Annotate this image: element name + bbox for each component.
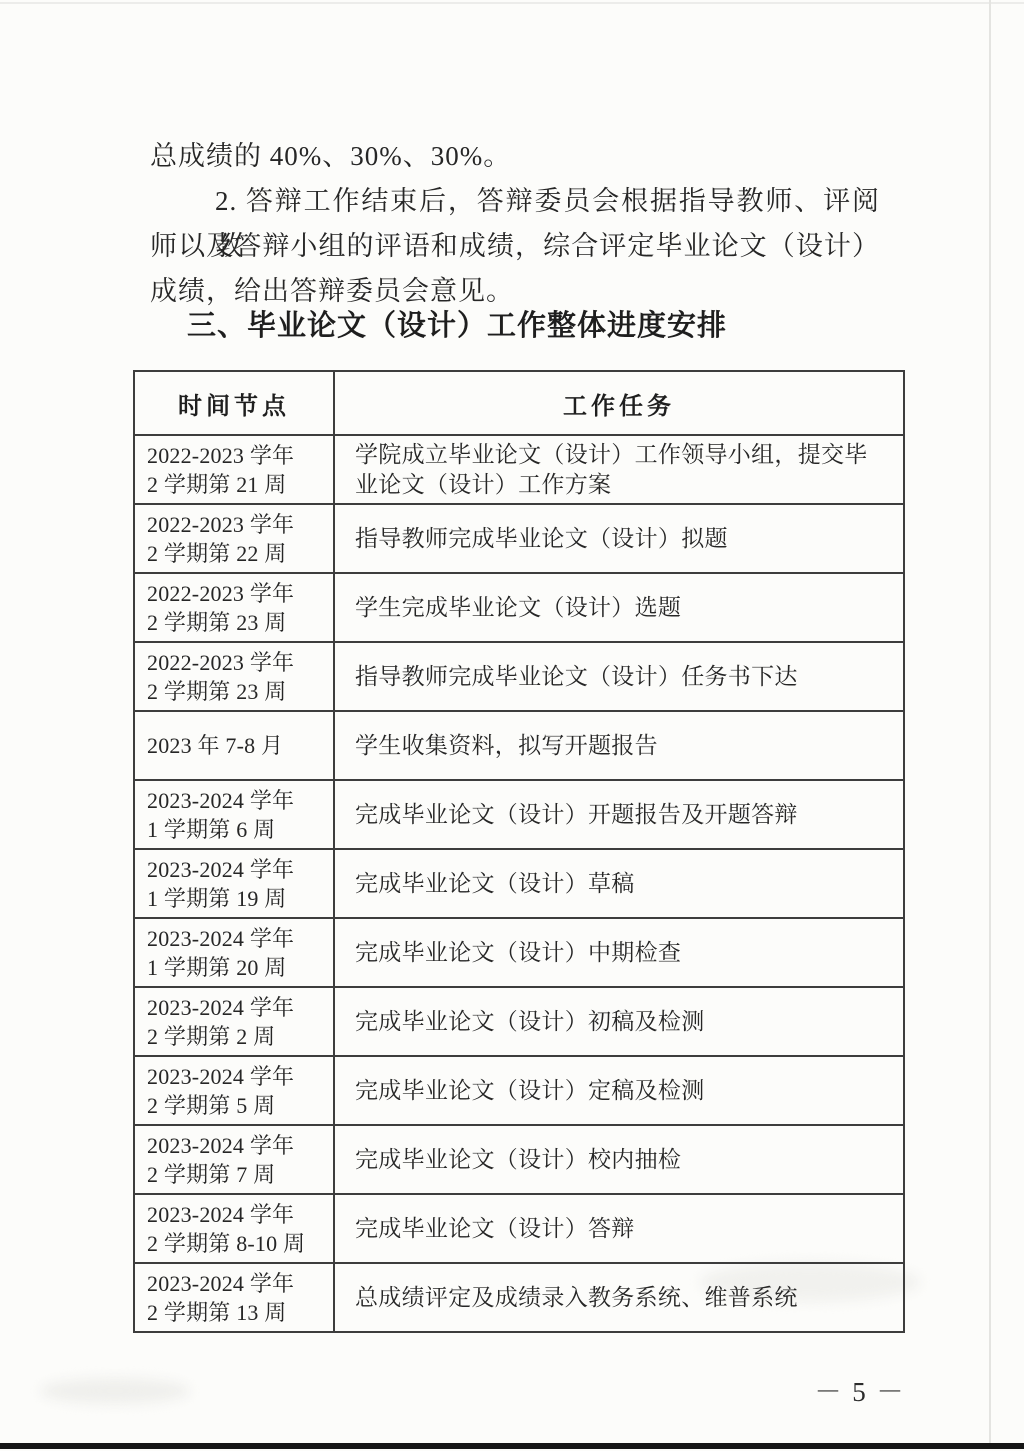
time-line-1: 2023-2024 学年 xyxy=(147,855,327,884)
table-row: 2023-2024 学年 1 学期第 20 周 完成毕业论文（设计）中期检查 xyxy=(134,918,904,987)
task-cell: 完成毕业论文（设计）答辩 xyxy=(334,1194,904,1263)
time-cell: 2023 年 7-8 月 xyxy=(134,711,334,780)
time-line-1: 2023-2024 学年 xyxy=(147,1269,327,1298)
time-line-1: 2022-2023 学年 xyxy=(147,510,327,539)
time-line-2: 2 学期第 23 周 xyxy=(147,677,327,706)
time-line-1: 2023-2024 学年 xyxy=(147,1131,327,1160)
time-cell: 2023-2024 学年 1 学期第 19 周 xyxy=(134,849,334,918)
time-cell: 2023-2024 学年 2 学期第 8-10 周 xyxy=(134,1194,334,1263)
header-task-column: 工作任务 xyxy=(334,371,904,435)
task-cell: 完成毕业论文（设计）草稿 xyxy=(334,849,904,918)
time-line-1: 2022-2023 学年 xyxy=(147,441,327,470)
scan-edge-bottom xyxy=(0,1443,1024,1449)
scan-smudge xyxy=(40,1378,190,1404)
task-cell: 总成绩评定及成绩录入教务系统、维普系统 xyxy=(334,1263,904,1332)
task-cell: 完成毕业论文（设计）中期检查 xyxy=(334,918,904,987)
task-cell: 学生收集资料，拟写开题报告 xyxy=(334,711,904,780)
page-number: － 5 － xyxy=(795,1370,925,1409)
table-row: 2023-2024 学年 2 学期第 8-10 周 完成毕业论文（设计）答辩 xyxy=(134,1194,904,1263)
time-line-2: 1 学期第 6 周 xyxy=(147,815,327,844)
time-cell: 2022-2023 学年 2 学期第 23 周 xyxy=(134,573,334,642)
task-cell: 指导教师完成毕业论文（设计）任务书下达 xyxy=(334,642,904,711)
time-cell: 2023-2024 学年 2 学期第 2 周 xyxy=(134,987,334,1056)
task-cell: 完成毕业论文（设计）开题报告及开题答辩 xyxy=(334,780,904,849)
time-cell: 2023-2024 学年 1 学期第 20 周 xyxy=(134,918,334,987)
header-time-column: 时间节点 xyxy=(134,371,334,435)
time-line-2: 1 学期第 20 周 xyxy=(147,953,327,982)
time-line-1: 2023-2024 学年 xyxy=(147,786,327,815)
paragraph-line: 师以及答辩小组的评语和成绩，综合评定毕业论文（设计） xyxy=(150,224,880,269)
table-row: 2023-2024 学年 2 学期第 2 周 完成毕业论文（设计）初稿及检测 xyxy=(134,987,904,1056)
table-row: 2022-2023 学年 2 学期第 23 周 指导教师完成毕业论文（设计）任务… xyxy=(134,642,904,711)
table-row: 2023 年 7-8 月 学生收集资料，拟写开题报告 xyxy=(134,711,904,780)
paragraph-line: 2. 答辩工作结束后，答辩委员会根据指导教师、评阅教 xyxy=(150,179,880,224)
table-row: 2023-2024 学年 1 学期第 6 周 完成毕业论文（设计）开题报告及开题… xyxy=(134,780,904,849)
section-heading: 三、毕业论文（设计）工作整体进度安排 xyxy=(150,306,727,346)
task-cell: 学生完成毕业论文（设计）选题 xyxy=(334,573,904,642)
document-page: 总成绩的 40%、30%、30%。 2. 答辩工作结束后，答辩委员会根据指导教师… xyxy=(0,0,1024,1451)
table-row: 2022-2023 学年 2 学期第 23 周 学生完成毕业论文（设计）选题 xyxy=(134,573,904,642)
table-row: 2022-2023 学年 2 学期第 21 周 学院成立毕业论文（设计）工作领导… xyxy=(134,435,904,504)
time-line-1: 2022-2023 学年 xyxy=(147,648,327,677)
task-cell: 完成毕业论文（设计）初稿及检测 xyxy=(334,987,904,1056)
schedule-table: 时间节点 工作任务 2022-2023 学年 2 学期第 21 周 学院成立毕业… xyxy=(133,370,905,1333)
schedule-table-body: 2022-2023 学年 2 学期第 21 周 学院成立毕业论文（设计）工作领导… xyxy=(134,435,904,1332)
task-cell: 指导教师完成毕业论文（设计）拟题 xyxy=(334,504,904,573)
task-cell: 学院成立毕业论文（设计）工作领导小组，提交毕业论文（设计）工作方案 xyxy=(334,435,904,504)
table-row: 2023-2024 学年 2 学期第 7 周 完成毕业论文（设计）校内抽检 xyxy=(134,1125,904,1194)
table-row: 2023-2024 学年 2 学期第 13 周 总成绩评定及成绩录入教务系统、维… xyxy=(134,1263,904,1332)
table-row: 2023-2024 学年 1 学期第 19 周 完成毕业论文（设计）草稿 xyxy=(134,849,904,918)
paragraph-line: 总成绩的 40%、30%、30%。 xyxy=(150,134,880,179)
time-line-1: 2023-2024 学年 xyxy=(147,1062,327,1091)
scan-edge-top xyxy=(0,2,1024,4)
task-cell: 完成毕业论文（设计）定稿及检测 xyxy=(334,1056,904,1125)
time-cell: 2023-2024 学年 1 学期第 6 周 xyxy=(134,780,334,849)
time-cell: 2023-2024 学年 2 学期第 13 周 xyxy=(134,1263,334,1332)
time-line-1: 2023 年 7-8 月 xyxy=(147,731,327,760)
time-line-1: 2023-2024 学年 xyxy=(147,1200,327,1229)
time-line-2: 1 学期第 19 周 xyxy=(147,884,327,913)
task-cell: 完成毕业论文（设计）校内抽检 xyxy=(334,1125,904,1194)
time-line-2: 2 学期第 7 周 xyxy=(147,1160,327,1189)
time-line-2: 2 学期第 22 周 xyxy=(147,539,327,568)
table-row: 2023-2024 学年 2 学期第 5 周 完成毕业论文（设计）定稿及检测 xyxy=(134,1056,904,1125)
time-line-2: 2 学期第 8-10 周 xyxy=(147,1229,327,1258)
paragraph-block: 总成绩的 40%、30%、30%。 2. 答辩工作结束后，答辩委员会根据指导教师… xyxy=(150,134,880,314)
time-line-2: 2 学期第 2 周 xyxy=(147,1022,327,1051)
time-cell: 2022-2023 学年 2 学期第 21 周 xyxy=(134,435,334,504)
time-line-2: 2 学期第 23 周 xyxy=(147,608,327,637)
time-cell: 2022-2023 学年 2 学期第 22 周 xyxy=(134,504,334,573)
table-row: 2022-2023 学年 2 学期第 22 周 指导教师完成毕业论文（设计）拟题 xyxy=(134,504,904,573)
time-line-2: 2 学期第 13 周 xyxy=(147,1298,327,1327)
table-header-row: 时间节点 工作任务 xyxy=(134,371,904,435)
time-cell: 2022-2023 学年 2 学期第 23 周 xyxy=(134,642,334,711)
time-cell: 2023-2024 学年 2 学期第 5 周 xyxy=(134,1056,334,1125)
time-cell: 2023-2024 学年 2 学期第 7 周 xyxy=(134,1125,334,1194)
time-line-2: 2 学期第 21 周 xyxy=(147,470,327,499)
time-line-1: 2022-2023 学年 xyxy=(147,579,327,608)
scan-edge-right xyxy=(989,0,991,1445)
time-line-1: 2023-2024 学年 xyxy=(147,993,327,1022)
time-line-2: 2 学期第 5 周 xyxy=(147,1091,327,1120)
time-line-1: 2023-2024 学年 xyxy=(147,924,327,953)
